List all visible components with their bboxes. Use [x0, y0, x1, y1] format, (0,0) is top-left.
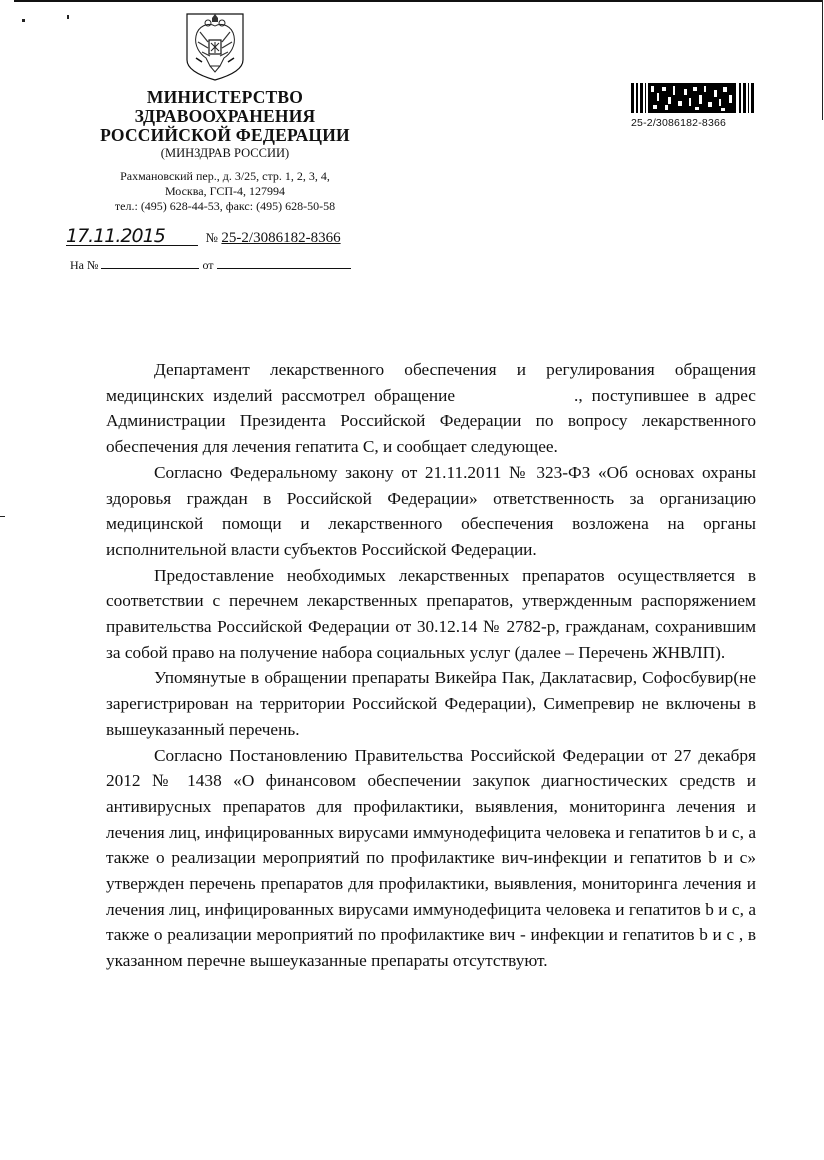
barcode-number: 25-2/3086182-8366	[631, 117, 726, 129]
scan-speck	[0, 516, 5, 517]
registration-line: 17.11.2015 № 25-2/3086182-8366	[66, 227, 341, 247]
letter-body: Департамент лекарственного обеспечения и…	[106, 357, 756, 974]
org-name-line: РОССИЙСКОЙ ФЕДЕРАЦИИ	[60, 126, 390, 145]
paragraph: Департамент лекарственного обеспечения и…	[106, 357, 756, 460]
scan-speck	[22, 19, 25, 22]
paragraph: Упомянутые в обращении препараты Викейра…	[106, 665, 756, 742]
address-line: Москва, ГСП-4, 127994	[60, 184, 390, 199]
paragraph: Предоставление необходимых лекарственных…	[106, 563, 756, 666]
paragraph: Согласно Федеральному закону от 21.11.20…	[106, 460, 756, 563]
address-block: Рахмановский пер., д. 3/25, стр. 1, 2, 3…	[60, 169, 390, 214]
org-name-line: МИНИСТЕРСТВО	[60, 88, 390, 107]
coat-of-arms-icon	[184, 12, 246, 82]
from-label: от	[202, 258, 213, 272]
paragraph: Согласно Постановлению Правительства Рос…	[106, 743, 756, 974]
ref-label: На №	[70, 258, 98, 272]
number-sign: №	[206, 230, 218, 245]
letterhead: МИНИСТЕРСТВО ЗДРАВООХРАНЕНИЯ РОССИЙСКОЙ …	[60, 88, 390, 214]
address-line: Рахмановский пер., д. 3/25, стр. 1, 2, 3…	[60, 169, 390, 184]
scan-border-right	[822, 0, 823, 120]
outgoing-number: 25-2/3086182-8366	[221, 230, 340, 246]
ref-number-blank	[101, 258, 199, 269]
org-abbreviation: (МИНЗДРАВ РОССИИ)	[60, 146, 390, 161]
barcode-icon	[631, 83, 754, 113]
handwritten-date: 17.11.2015	[66, 227, 198, 246]
org-name-line: ЗДРАВООХРАНЕНИЯ	[60, 107, 390, 126]
scan-border-top	[14, 0, 823, 2]
scan-speck	[67, 15, 69, 19]
ref-date-blank	[217, 258, 351, 269]
phone-fax-line: тел.: (495) 628-44-53, факс: (495) 628-5…	[60, 199, 390, 214]
reference-line: На № от	[70, 258, 351, 273]
